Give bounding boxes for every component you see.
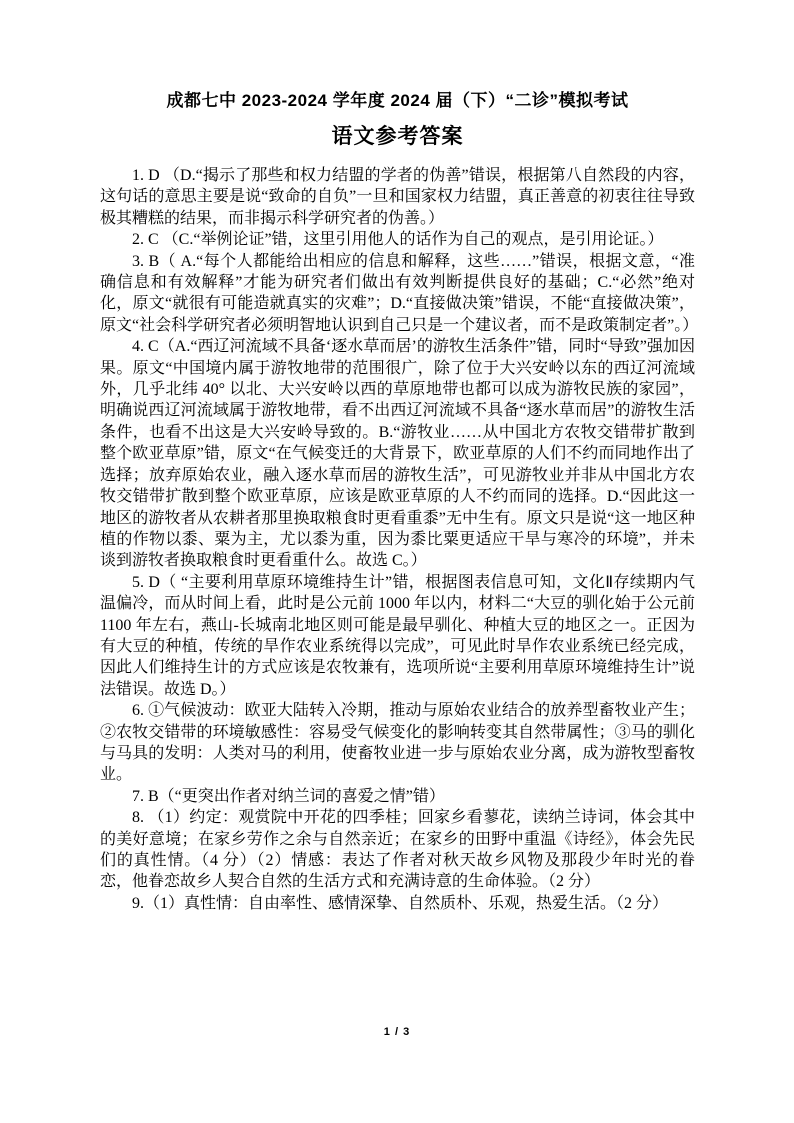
answer-paragraph-4: 4. C（A.“西辽河流域不具备‘逐水草而居’的游牧生活条件”错，同时“导致”强… xyxy=(100,336,695,571)
answer-paragraph-5: 5. D（ “主要利用草原环境维持生计”错，根据图表信息可知，文化Ⅱ存续期内气温… xyxy=(100,572,695,700)
answer-paragraph-3: 3. B（ A.“每个人都能给出相应的信息和解释，这些……”错误，根据文意，“准… xyxy=(100,251,695,337)
answer-paragraph-1: 1. D （D.“揭示了那些和权力结盟的学者的伪善”错误，根据第八自然段的内容，… xyxy=(100,165,695,229)
answer-list: 1. D （D.“揭示了那些和权力结盟的学者的伪善”错误，根据第八自然段的内容，… xyxy=(100,165,695,914)
answer-paragraph-6: 6. ①气候波动：欧亚大陆转入冷期，推动与原始农业结合的放养型畜牧业产生；②农牧… xyxy=(100,700,695,786)
exam-title: 成都七中 2023-2024 学年度 2024 届（下）“二诊”模拟考试 xyxy=(100,86,695,111)
page-number: 1 / 3 xyxy=(0,1026,794,1038)
document-page: 成都七中 2023-2024 学年度 2024 届（下）“二诊”模拟考试 语文参… xyxy=(0,0,794,1123)
document-content: 成都七中 2023-2024 学年度 2024 届（下）“二诊”模拟考试 语文参… xyxy=(100,86,695,914)
answer-key-title: 语文参考答案 xyxy=(100,120,695,150)
answer-paragraph-2: 2. C （C.“举例论证”错，这里引用他人的话作为自己的观点，是引用论证。） xyxy=(100,229,695,250)
answer-paragraph-9: 9.（1）真性情：自由率性、感情深挚、自然质朴、乐观，热爱生活。（2 分） xyxy=(100,893,695,914)
answer-paragraph-8: 8. （1）约定：观赏院中开花的四季桂；回家乡看蓼花，读纳兰诗词，体会其中的美好… xyxy=(100,807,695,893)
answer-paragraph-7: 7. B（“更突出作者对纳兰词的喜爱之情”错） xyxy=(100,786,695,807)
